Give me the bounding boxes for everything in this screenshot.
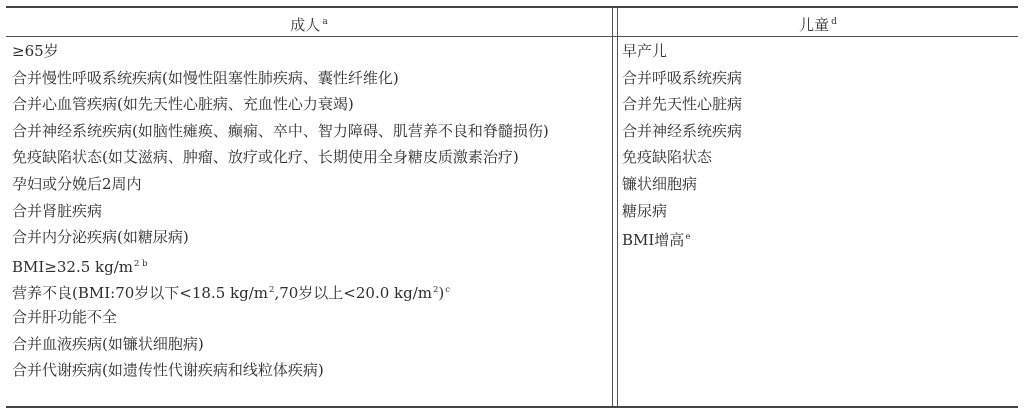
header-adults: 成人a <box>6 8 612 36</box>
adults-column: ≥65岁 合并慢性呼吸系统疾病(如慢性阻塞性肺疾病、囊性纤维化) 合并心血管疾病… <box>12 38 608 384</box>
table-row: BMI增高e <box>622 224 1012 251</box>
table-row: BMI≥32.5 kg/m2 b <box>12 251 608 278</box>
header-children: 儿童d <box>618 8 1018 36</box>
risk-factors-table: 成人a 儿童d ≥65岁 合并慢性呼吸系统疾病(如慢性阻塞性肺疾病、囊性纤维化)… <box>6 6 1018 408</box>
footnote-c: c <box>445 285 450 295</box>
table-header: 成人a 儿童d <box>6 8 1018 37</box>
table-row: 免疫缺陷状态(如艾滋病、肿瘤、放疗或化疗、长期使用全身糖皮质激素治疗) <box>12 144 608 171</box>
table-row: 糖尿病 <box>622 198 1012 225</box>
row-text: ,70岁以上<20.0 kg/m <box>274 284 432 302</box>
table-row: 镰状细胞病 <box>622 171 1012 198</box>
footnote-a: a <box>322 17 327 27</box>
header-children-label: 儿童 <box>799 16 829 34</box>
row-text: ) <box>438 284 444 302</box>
table-row: 合并代谢疾病(如遗传性代谢疾病和线粒体疾病) <box>12 357 608 384</box>
table-row: 合并内分泌疾病(如糖尿病) <box>12 224 608 251</box>
table-row: 合并慢性呼吸系统疾病(如慢性阻塞性肺疾病、囊性纤维化) <box>12 65 608 92</box>
footnote-e: e <box>685 232 690 242</box>
table-row: 合并心血管疾病(如先天性心脏病、充血性心力衰竭) <box>12 91 608 118</box>
table-row: 合并神经系统疾病(如脑性瘫痪、癫痫、卒中、智力障碍、肌营养不良和脊髓损伤) <box>12 118 608 145</box>
table-row: 合并血液疾病(如镰状细胞病) <box>12 331 608 358</box>
table-row: 早产儿 <box>622 38 1012 65</box>
footnote-d: d <box>831 17 837 27</box>
table-row: 合并先天性心脏病 <box>622 91 1012 118</box>
table-row: 营养不良(BMI:70岁以下<18.5 kg/m2,70岁以上<20.0 kg/… <box>12 277 608 304</box>
header-adults-label: 成人 <box>290 16 320 34</box>
table-row: 合并呼吸系统疾病 <box>622 65 1012 92</box>
row-text: 营养不良(BMI:70岁以下<18.5 kg/m <box>12 284 268 302</box>
table-row: 合并肝功能不全 <box>12 304 608 331</box>
table-row: 合并神经系统疾病 <box>622 118 1012 145</box>
row-text: BMI≥32.5 kg/m <box>12 258 133 276</box>
table-row: 合并肾脏疾病 <box>12 198 608 225</box>
footnote-2b: 2 b <box>134 259 148 269</box>
table-row: 免疫缺陷状态 <box>622 144 1012 171</box>
children-column: 早产儿 合并呼吸系统疾病 合并先天性心脏病 合并神经系统疾病 免疫缺陷状态 镰状… <box>622 38 1012 251</box>
table-row: 孕妇或分娩后2周内 <box>12 171 608 198</box>
row-text: BMI增高 <box>622 231 684 249</box>
table-row: ≥65岁 <box>12 38 608 65</box>
column-divider <box>612 8 618 406</box>
